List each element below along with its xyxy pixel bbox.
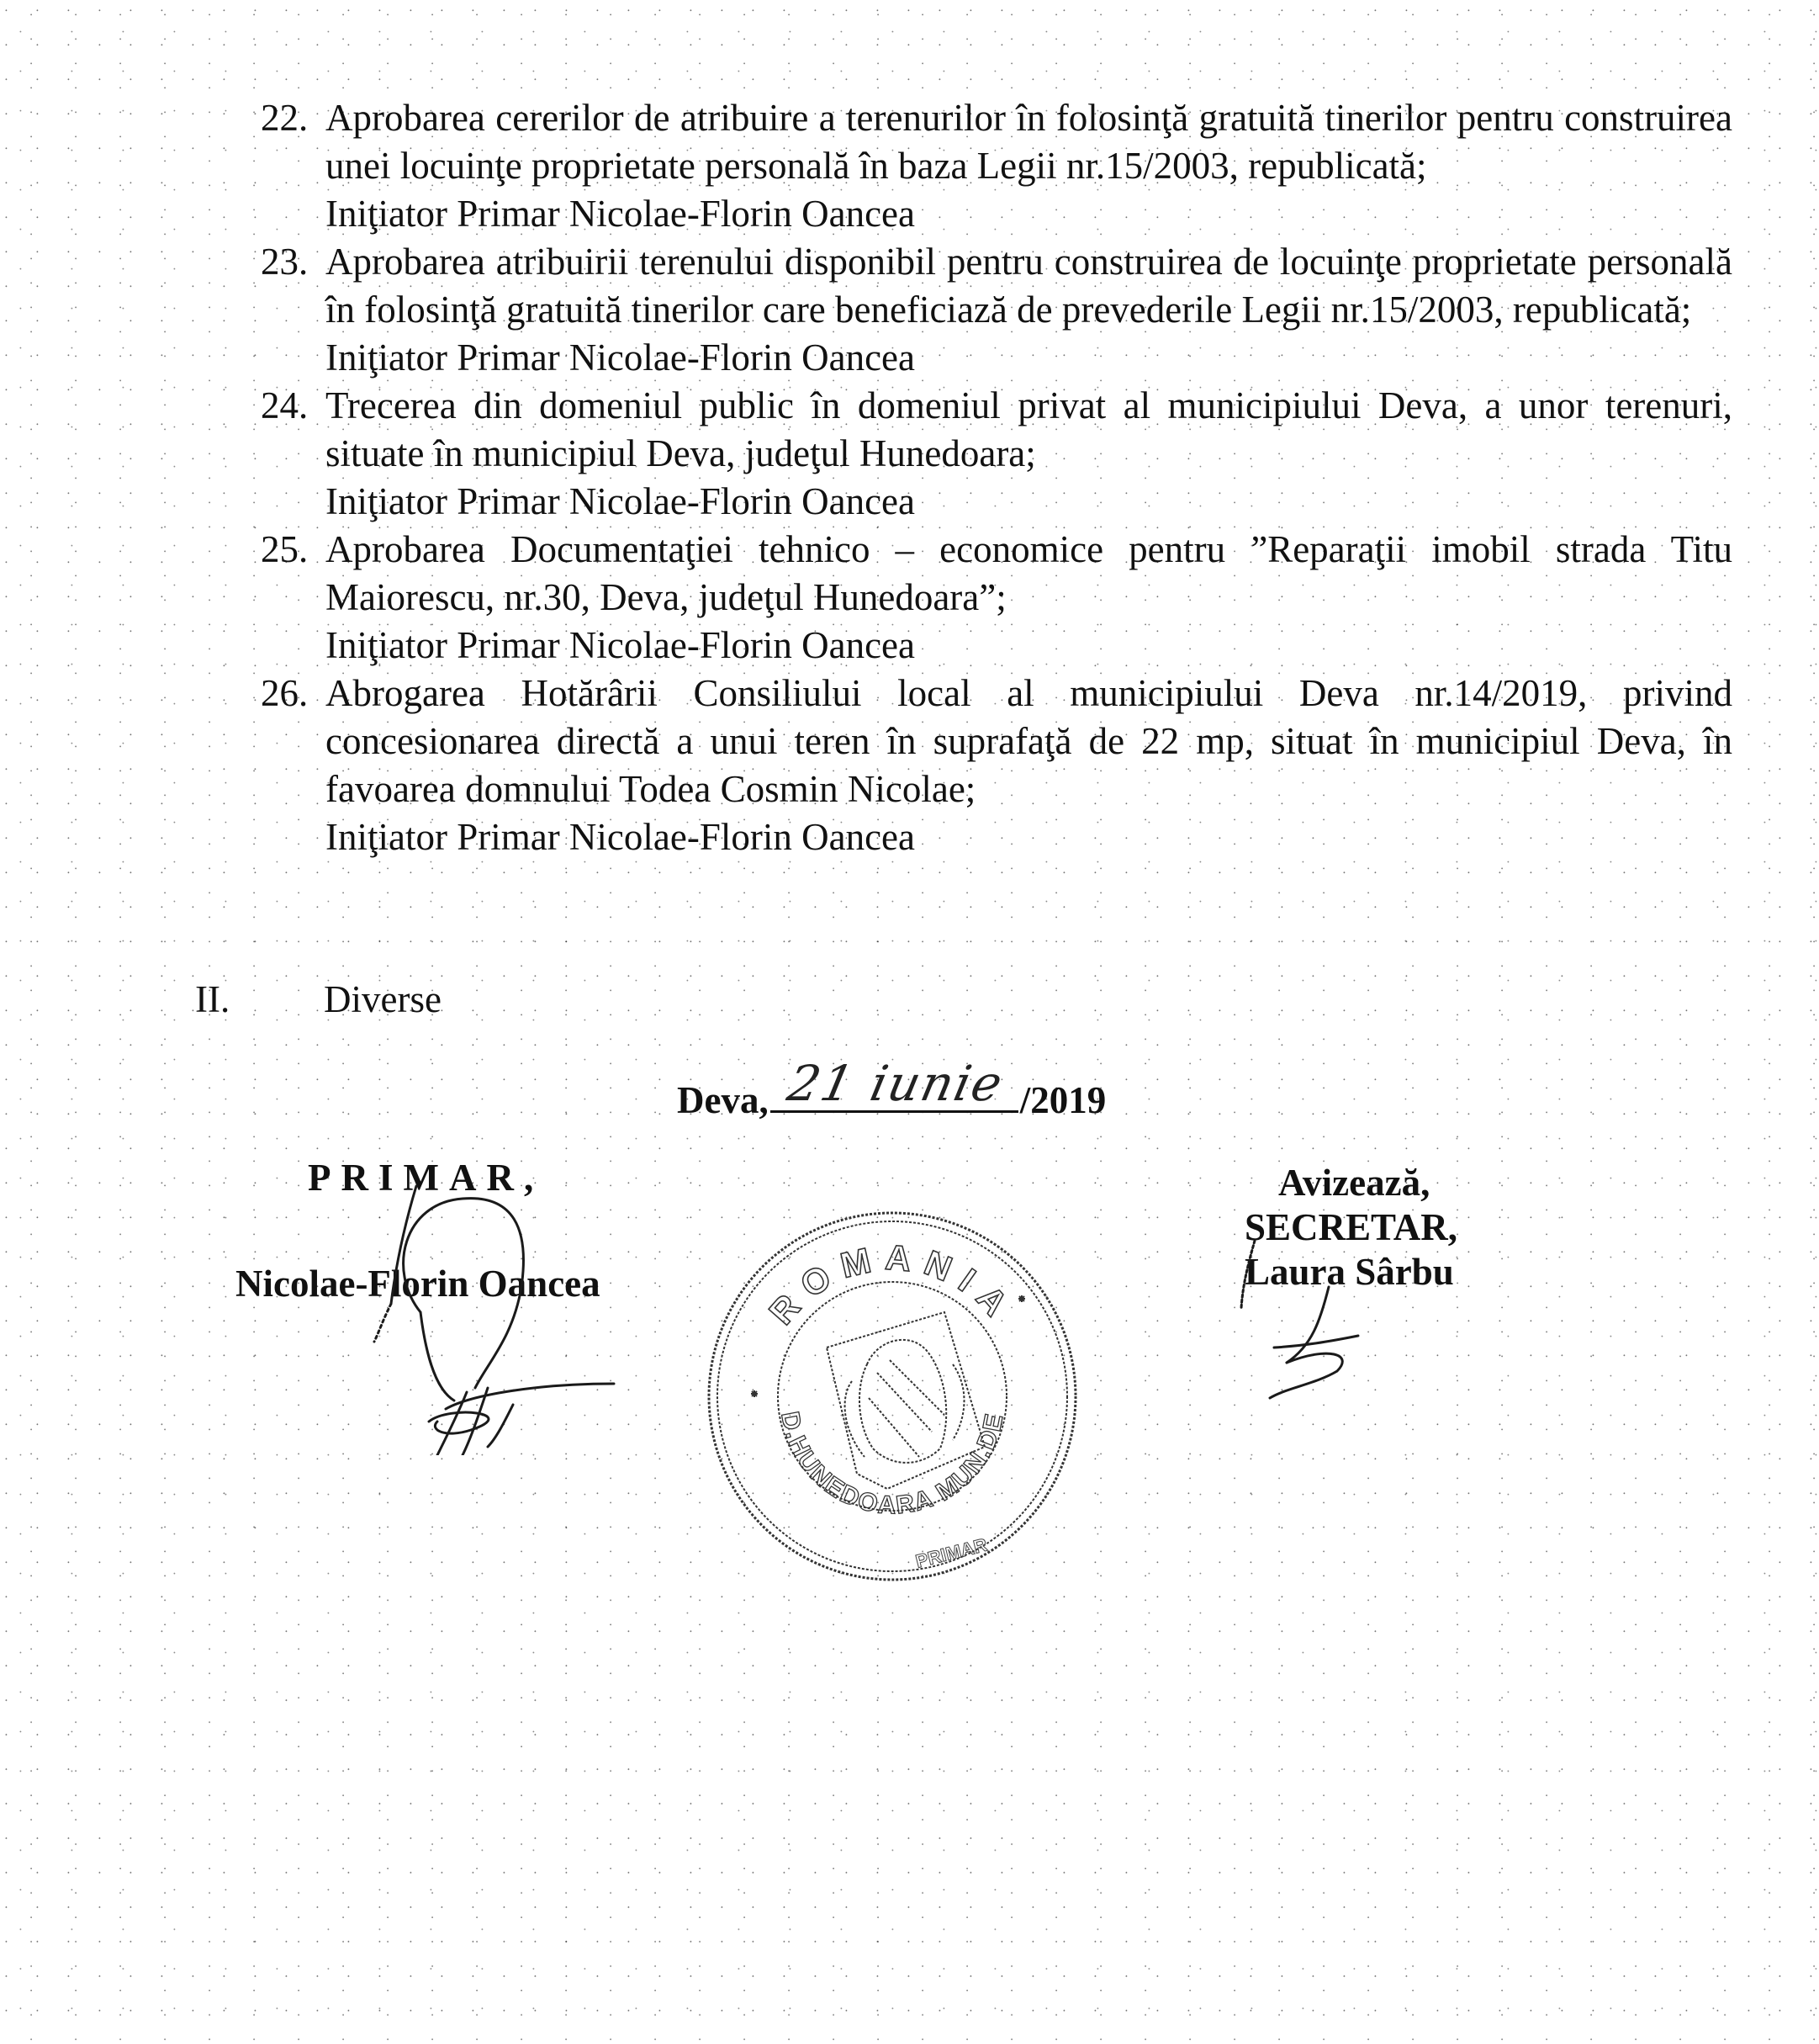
mayor-role: PRIMAR,: [235, 1157, 656, 1199]
approval-label: Avizează,: [1245, 1161, 1522, 1205]
item-initiator: Iniţiator Primar Nicolae-Florin Oancea: [325, 622, 1732, 670]
agenda-list: 22. Aprobarea cererilor de atribuire a t…: [261, 94, 1732, 861]
agenda-item-25: 25. Aprobarea Documentaţiei tehnico – ec…: [261, 526, 1732, 670]
item-initiator: Iniţiator Primar Nicolae-Florin Oancea: [325, 478, 1732, 526]
item-number: 23.: [261, 238, 308, 286]
item-title: Aprobarea Documentaţiei tehnico – econom…: [325, 526, 1732, 622]
item-number: 22.: [261, 94, 308, 142]
item-initiator: Iniţiator Primar Nicolae-Florin Oancea: [325, 190, 1732, 238]
handwritten-date: 21 iunie: [783, 1055, 1009, 1112]
item-number: 25.: [261, 526, 308, 574]
item-title: Aprobarea atribuirii terenului disponibi…: [325, 238, 1732, 334]
agenda-item-24: 24. Trecerea din domeniul public în dome…: [261, 382, 1732, 526]
date-place: Deva,: [677, 1079, 769, 1121]
date-blank: 21 iunie: [770, 1068, 1018, 1113]
item-number: 26.: [261, 670, 308, 718]
date-year: /2019: [1020, 1079, 1107, 1121]
mayor-name: Nicolae-Florin Oancea: [235, 1263, 656, 1305]
secretary-role: SECRETAR,: [1245, 1205, 1522, 1250]
item-initiator: Iniţiator Primar Nicolae-Florin Oancea: [325, 334, 1732, 382]
agenda-item-22: 22. Aprobarea cererilor de atribuire a t…: [261, 94, 1732, 238]
stamp-top-text: ROMANIA: [761, 1237, 1023, 1332]
secretary-name: Laura Sârbu: [1245, 1250, 1522, 1295]
secretary-signature-block: Avizează, SECRETAR, Laura Sârbu: [1245, 1161, 1522, 1295]
agenda-item-23: 23. Aprobarea atribuirii terenului dispo…: [261, 238, 1732, 382]
agenda-item-26: 26. Abrogarea Hotărârii Consiliului loca…: [261, 670, 1732, 861]
item-title: Trecerea din domeniul public în domeniul…: [325, 382, 1732, 478]
section-title: Diverse: [324, 978, 442, 1020]
section-number: II.: [195, 976, 324, 1024]
document-page: 22. Aprobarea cererilor de atribuire a t…: [0, 0, 1819, 2044]
item-initiator: Iniţiator Primar Nicolae-Florin Oancea: [325, 813, 1732, 861]
mayor-signature-block: PRIMAR, Nicolae-Florin Oancea: [235, 1157, 656, 1305]
svg-text:ROMANIA: ROMANIA: [761, 1237, 1023, 1332]
section-diverse: II.Diverse: [195, 976, 442, 1024]
official-stamp: ROMANIA JUD.HUNEDOARA MUN.DEVA PRIMAR: [701, 1205, 1084, 1588]
item-number: 24.: [261, 382, 308, 430]
stamp-inner-text: PRIMAR: [913, 1534, 989, 1572]
date-line: Deva,21 iunie/2019: [677, 1068, 1106, 1122]
item-title: Aprobarea cererilor de atribuire a teren…: [325, 94, 1732, 190]
item-title: Abrogarea Hotărârii Consiliului local al…: [325, 670, 1732, 813]
